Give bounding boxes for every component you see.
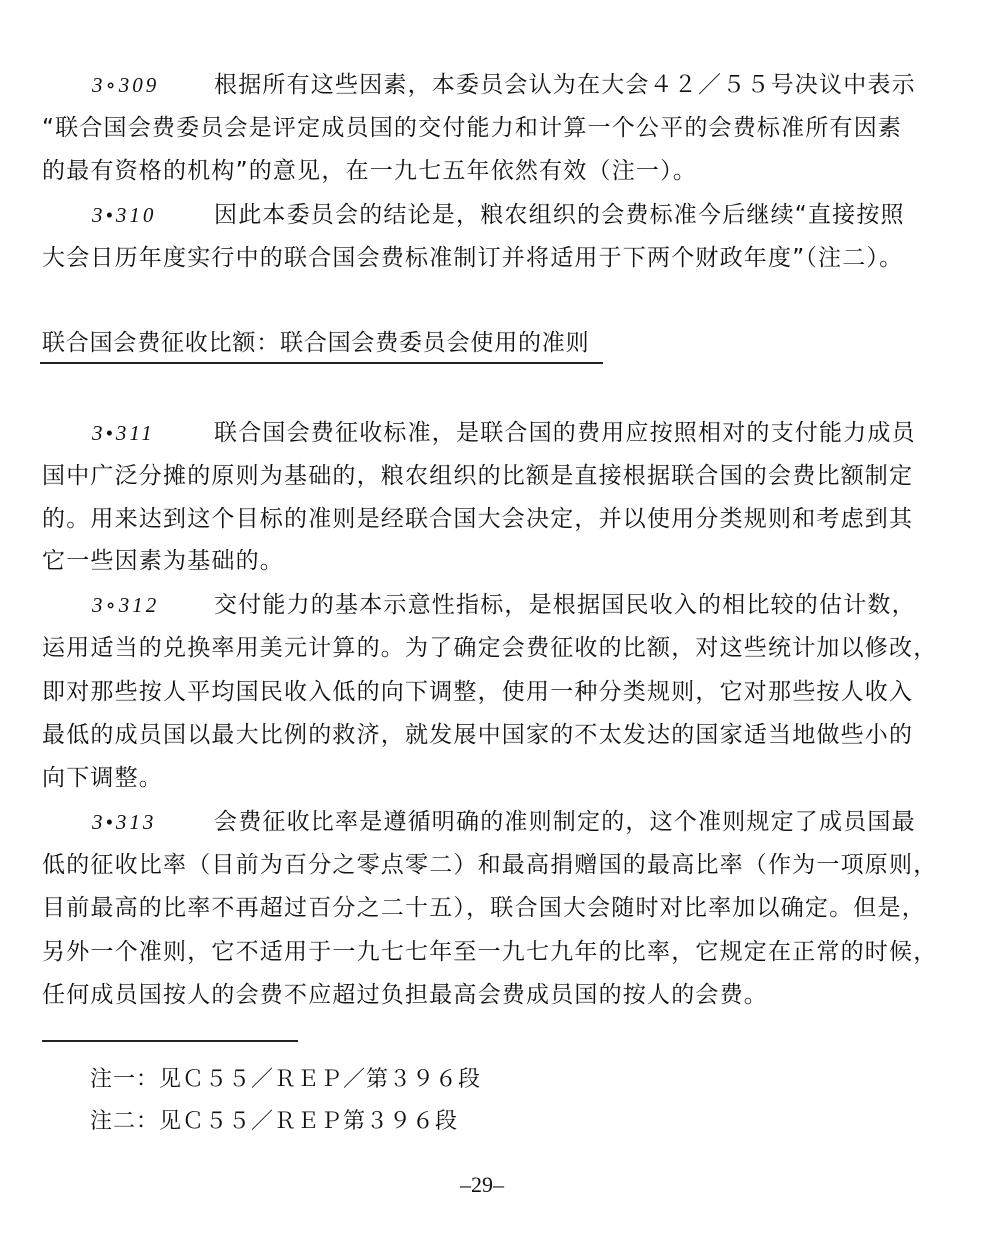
- paragraph-3-311-line-3: 的。用来达到这个目标的准则是经联合国大会决定，并以使用分类规则和考虑到其: [42, 504, 913, 534]
- paragraph-3-309-line-3: 的最有资格的机构”的意见，在一九七五年依然有效（注一）。: [42, 156, 697, 186]
- paragraph-3-312-line-5: 向下调整。: [42, 763, 163, 793]
- paragraph-number: 3∘312: [92, 590, 214, 620]
- paragraph-3-313-line-3: 目前最高的比率不再超过百分之二十五），联合国大会随时对比率加以确定。但是，: [42, 893, 926, 923]
- paragraph-3-313-line-2: 低的征收比率（目前为百分之零点零二）和最高捐赠国的最高比率（作为一项原则，: [42, 850, 937, 880]
- paragraph-text: 根据所有这些因素，本委员会认为在大会４２／５５号决议中表示: [214, 72, 916, 98]
- paragraph-number: 3∘309: [92, 70, 214, 100]
- paragraph-3-310-line-1: 3•310因此本委员会的结论是，粮农组织的会费标准今后继续“直接按照: [42, 200, 905, 230]
- paragraph-3-312-line-4: 最低的成员国以最大比例的救济，就发展中国家的不太发达的国家适当地做些小的: [42, 720, 913, 750]
- paragraph-text: 交付能力的基本示意性指标，是根据国民收入的相比较的估计数，: [214, 592, 916, 618]
- paragraph-3-313-line-4: 另外一个准则，它不适用于一九七七年至一九七九年的比率，它规定在正常的时候，: [42, 937, 937, 967]
- paragraph-3-311-line-1: 3•311联合国会费征收标准，是联合国的费用应按照相对的支付能力成员: [42, 418, 916, 448]
- paragraph-3-313-line-5: 任何成员国按人的会费不应超过负担最高会费成员国的按人的会费。: [42, 980, 768, 1010]
- paragraph-number: 3•310: [92, 200, 214, 230]
- paragraph-3-309-line-2: “联合国会费委员会是评定成员国的交付能力和计算一个公平的会费标准所有因素: [42, 113, 902, 143]
- paragraph-number: 3•313: [92, 807, 214, 837]
- section-heading: 联合国会费征收比额：联合国会费委员会使用的准则: [42, 328, 589, 358]
- paragraph-3-309-line-1: 3∘309根据所有这些因素，本委员会认为在大会４２／５５号决议中表示: [42, 70, 916, 100]
- footnote-2: 注二：见Ｃ５５／ＲＥＰ第３９６段: [90, 1107, 458, 1137]
- paragraph-3-312-line-3: 即对那些按人平均国民收入低的向下调整，使用一种分类规则，它对那些按人收入: [42, 677, 913, 707]
- page-number: –29–: [460, 1172, 504, 1198]
- paragraph-number: 3•311: [92, 418, 214, 448]
- paragraph-3-312-line-2: 运用适当的兑换率用美元计算的。为了确定会费征收的比额，对这些统计加以修改，: [42, 633, 937, 663]
- paragraph-3-310-line-2: 大会日历年度实行中的联合国会费标准制订并将适用于下两个财政年度”（注二）。: [42, 243, 903, 273]
- footnote-1: 注一：见Ｃ５５／ＲＥＰ／第３９６段: [90, 1065, 481, 1095]
- paragraph-3-312-line-1: 3∘312交付能力的基本示意性指标，是根据国民收入的相比较的估计数，: [42, 590, 916, 620]
- paragraph-text: 联合国会费征收标准，是联合国的费用应按照相对的支付能力成员: [214, 420, 916, 446]
- paragraph-3-313-line-1: 3•313会费征收比率是遵循明确的准则制定的，这个准则规定了成员国最: [42, 807, 916, 837]
- heading-underline: [40, 362, 603, 364]
- paragraph-3-311-line-2: 国中广泛分摊的原则为基础的，粮农组织的比额是直接根据联合国的会费比额制定: [42, 461, 913, 491]
- paragraph-text: 因此本委员会的结论是，粮农组织的会费标准今后继续“直接按照: [214, 202, 905, 228]
- paragraph-text: 会费征收比率是遵循明确的准则制定的，这个准则规定了成员国最: [214, 809, 916, 835]
- footnote-separator: [42, 1040, 298, 1042]
- paragraph-3-311-line-4: 它一些因素为基础的。: [42, 546, 284, 576]
